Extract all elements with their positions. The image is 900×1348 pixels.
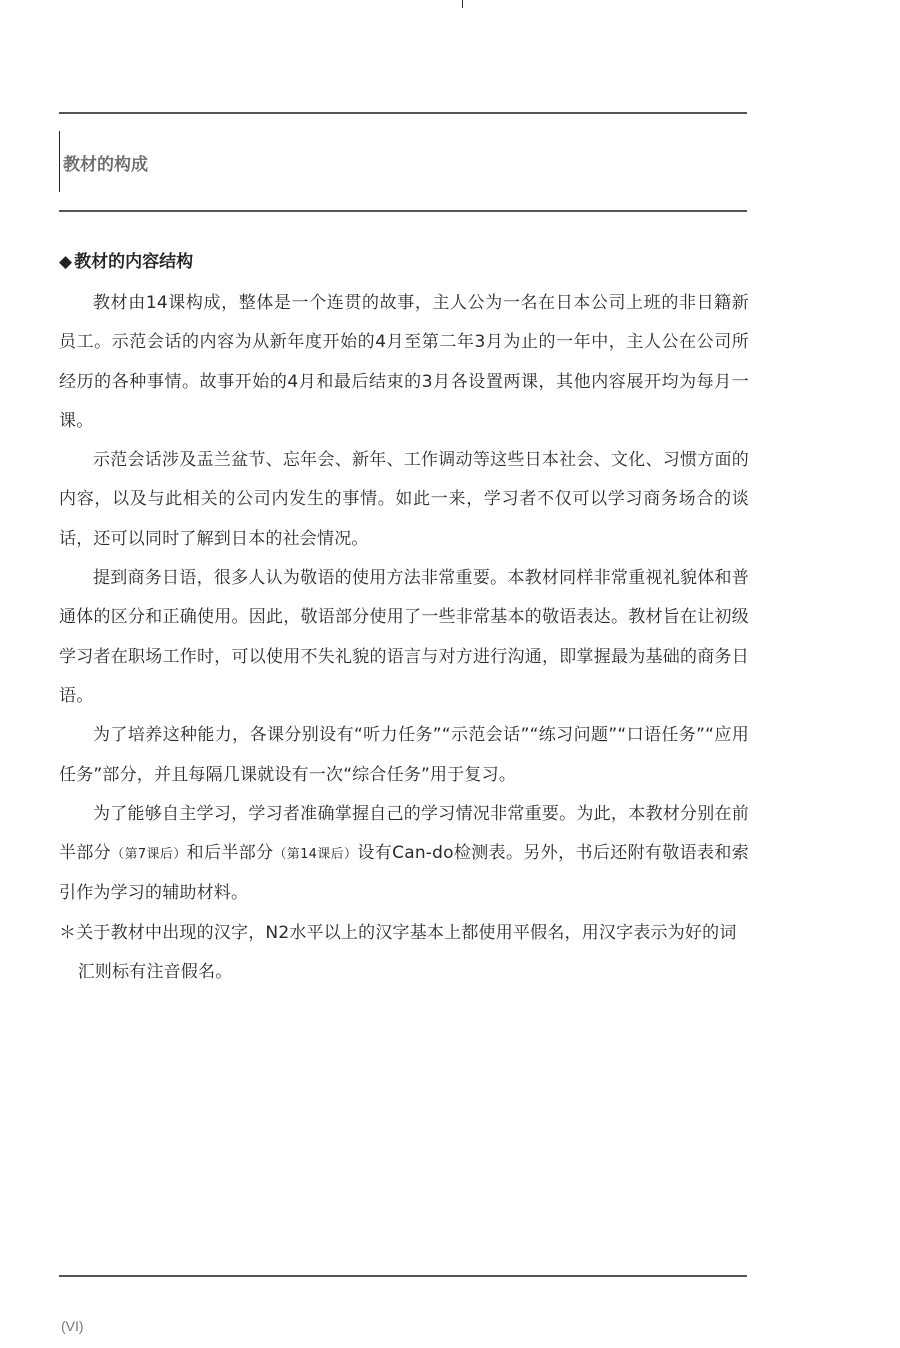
paragraph-tasks: 为了培养这种能力，各课分别设有“听力任务”“示范会话”“练习问题”“口语任务”“… [59,716,749,795]
header-top-rule [59,112,747,114]
paragraph-structure: 教材由14课构成，整体是一个连贯的故事，主人公为一名在日本公司上班的非日籍新员工… [59,284,749,441]
section-heading-text: 教材的内容结构 [74,252,193,272]
main-content: ◆教材的内容结构 教材由14课构成，整体是一个连贯的故事，主人公为一名在日本公司… [59,246,749,992]
paragraph-culture: 示范会话涉及盂兰盆节、忘年会、新年、工作调动等这些日本社会、文化、习惯方面的内容… [59,441,749,559]
header-bottom-rule [59,210,747,212]
lesson-14-note: （第14课后） [273,847,357,862]
self-study-text-2: 和后半部分 [187,843,274,863]
running-header-title: 教材的构成 [63,150,148,175]
paragraph-keigo: 提到商务日语，很多人认为敬语的使用方法非常重要。本教材同样非常重视礼貌体和普通体… [59,559,749,716]
section-heading: ◆教材的内容结构 [59,246,749,278]
footer-rule [59,1275,747,1277]
diamond-bullet-icon: ◆ [59,246,72,278]
header-accent-bar [59,131,60,192]
lesson-7-note: （第7课后） [111,847,186,862]
paragraph-self-study: 为了能够自主学习，学习者准确掌握自己的学习情况非常重要。为此，本教材分别在前半部… [59,795,749,914]
kanji-footnote: ＊关于教材中出现的汉字，N2水平以上的汉字基本上都使用平假名，用汉字表示为好的词… [59,914,749,993]
page-number: (VI) [61,1318,84,1334]
crop-mark [462,0,463,8]
